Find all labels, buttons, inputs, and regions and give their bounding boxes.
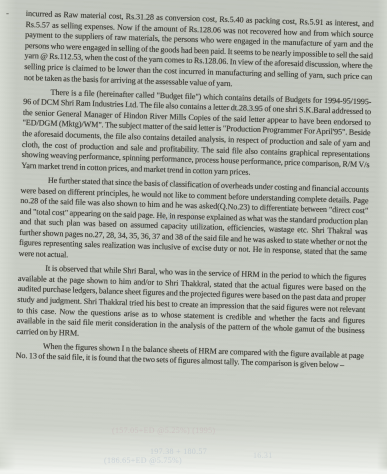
paragraph-thakral-statement: He further stated that since the basis o…	[19, 175, 369, 270]
paragraph-observation: It is observed that while Shri Baral, wh…	[16, 263, 366, 347]
paragraph-budget-file: There is a file (hereinafter called "Bud…	[21, 87, 371, 182]
page-left-edge	[0, 0, 16, 474]
scanned-page: +30.7+1.00 TABLE-IX (157.05+ED @5.25%) (…	[0, 0, 387, 474]
bleed-through-text: 16.31	[253, 451, 273, 460]
bleed-through-text: (186.65+ED @5.75%)	[104, 456, 182, 465]
paragraph-costing-continuation: incurred as Raw material cost, Rs.31.28 …	[24, 9, 374, 93]
page-right-edge	[377, 0, 387, 474]
document-text-block: incurred as Raw material cost, Rs.31.28 …	[15, 9, 373, 376]
bleed-through-text: 197.38 + 180.57	[150, 447, 207, 456]
bleed-through-text: (157.05+ED @5.25%) (1995)	[112, 426, 215, 435]
margin-dash-mark: -	[6, 8, 9, 18]
page-bottom-edge	[0, 466, 387, 474]
